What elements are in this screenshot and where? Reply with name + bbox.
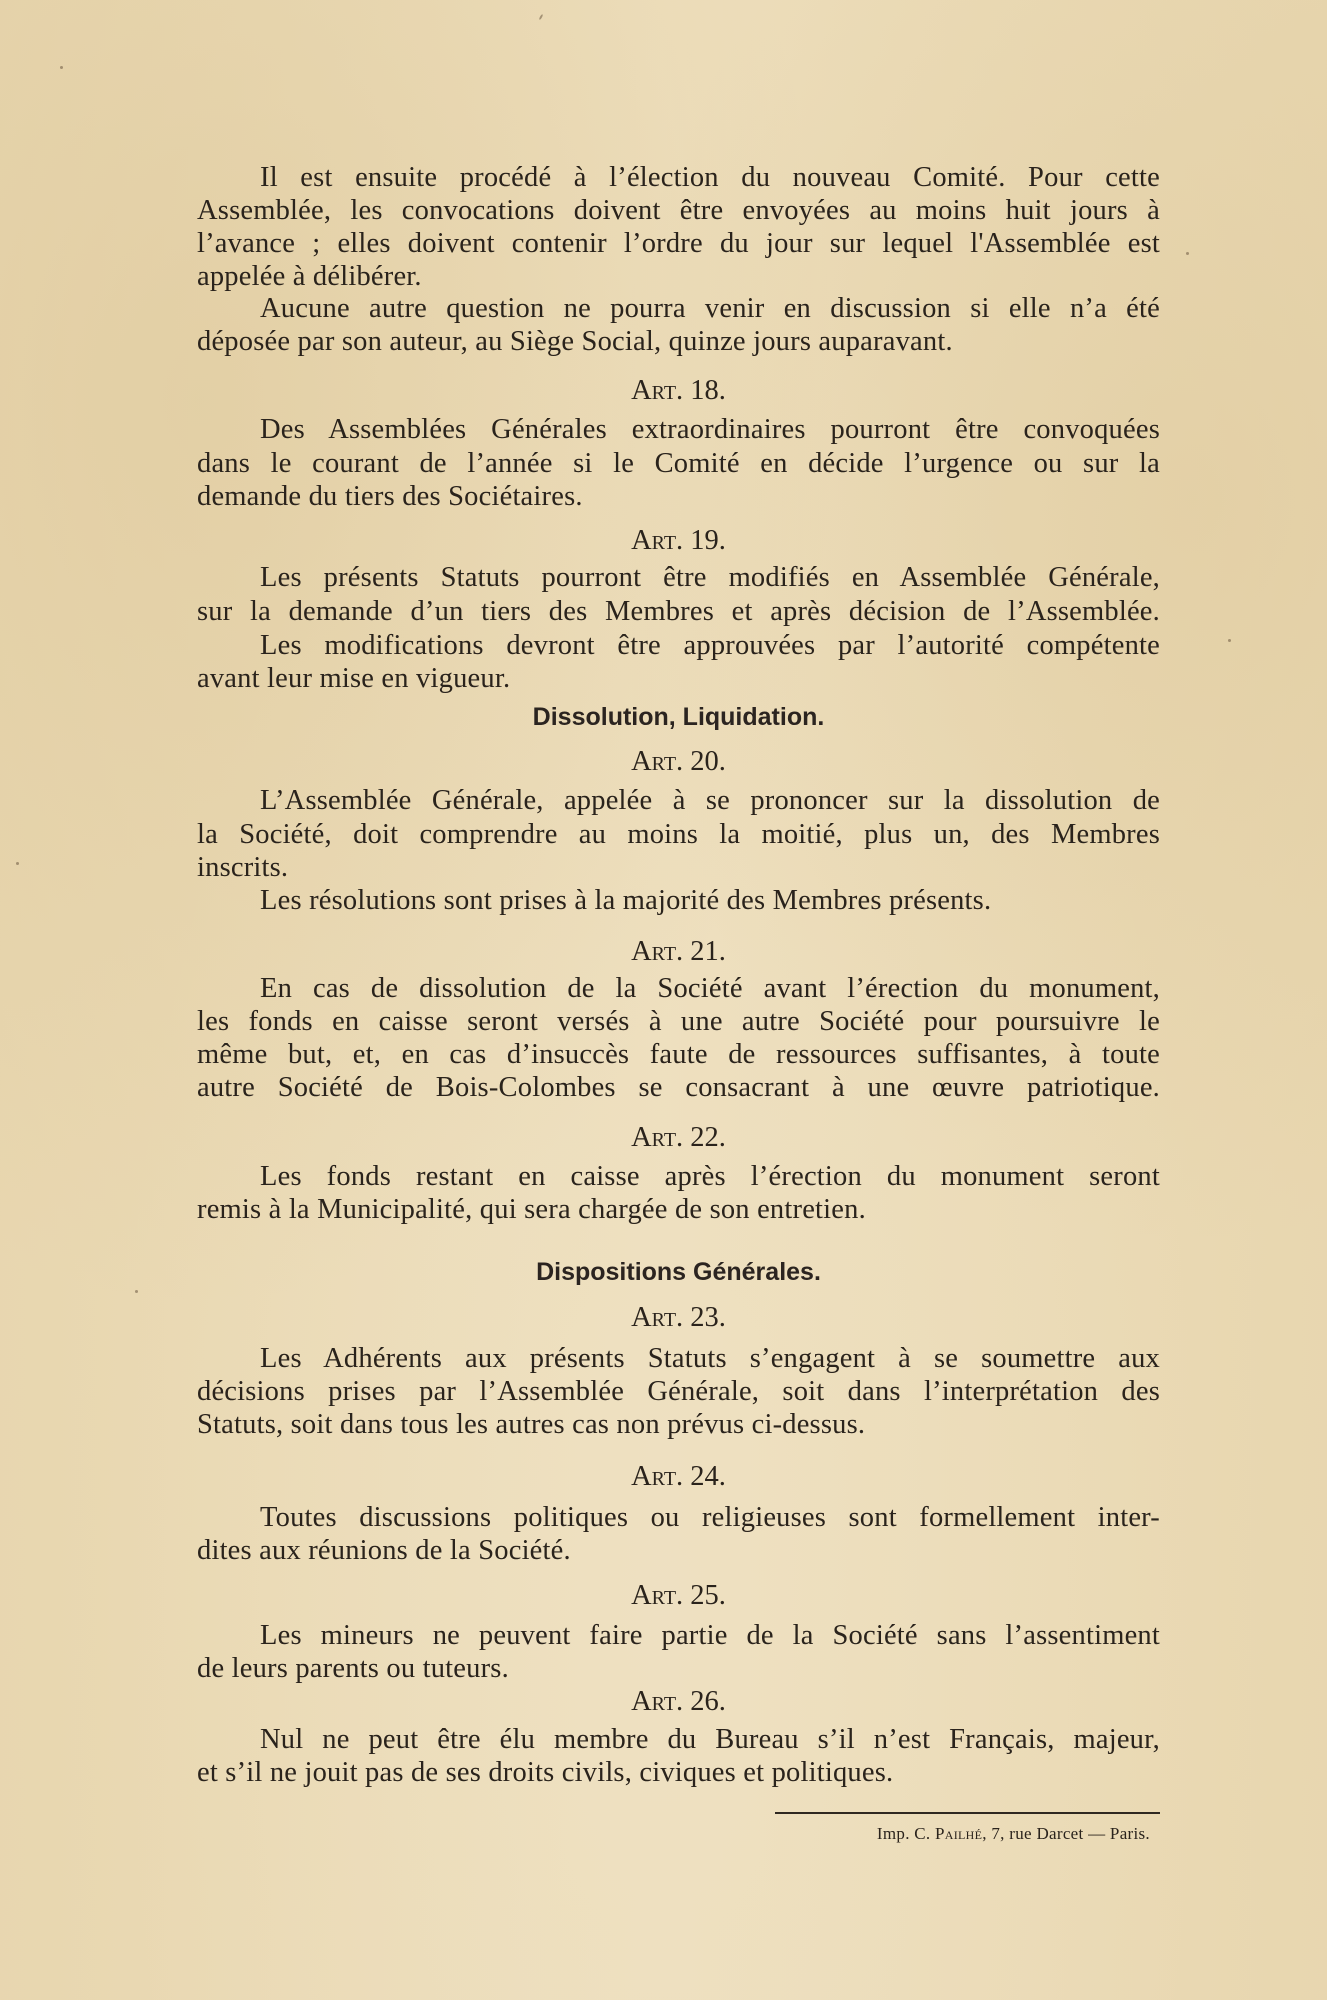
paragraph-line: Des Assemblées Générales extraordinaires… [260, 413, 1160, 447]
paper-speck [1186, 252, 1189, 255]
paragraph-line: Les fonds restant en caisse après l’érec… [260, 1160, 1160, 1194]
footer-rule [775, 1812, 1160, 1814]
section-heading-dispositions: Dispositions Générales. [197, 1255, 1160, 1289]
paper-speck [539, 14, 544, 20]
paragraph-line: dites aux réunions de la Société. [197, 1534, 1160, 1568]
paragraph-line: Aucune autre question ne pourra venir en… [260, 292, 1160, 326]
paragraph-line: la Société, doit comprendre au moins la … [197, 818, 1160, 852]
article-label-23: Art. 23. [197, 1301, 1160, 1335]
paragraph-line: de leurs parents ou tuteurs. [197, 1652, 1160, 1686]
document-page: Il est ensuite procédé à l’élection du n… [0, 0, 1327, 2000]
article-label-21: Art. 21. [197, 935, 1160, 969]
paragraph-line: et s’il ne jouit pas de ses droits civil… [197, 1756, 1160, 1790]
article-label-19: Art. 19. [197, 524, 1160, 558]
article-label-20: Art. 20. [197, 745, 1160, 779]
paragraph-line: Il est ensuite procédé à l’élection du n… [260, 161, 1160, 195]
paper-speck [1228, 639, 1231, 642]
paragraph-line: dans le courant de l’année si le Comité … [197, 447, 1160, 481]
imprint-address: , 7, rue Darcet — Paris. [982, 1824, 1150, 1843]
paragraph-line: Nul ne peut être élu membre du Bureau s’… [260, 1723, 1160, 1757]
article-label-26: Art. 26. [197, 1685, 1160, 1719]
paper-speck [60, 66, 63, 69]
paragraph-line: sur la demande d’un tiers des Membres et… [197, 595, 1160, 629]
section-heading-dissolution: Dissolution, Liquidation. [197, 700, 1160, 734]
article-label-18: Art. 18. [197, 374, 1160, 408]
paragraph-line: inscrits. [197, 851, 1160, 885]
paragraph-line: Toutes discussions politiques ou religie… [260, 1501, 1160, 1535]
paragraph-line: décisions prises par l’Assemblée Général… [197, 1375, 1160, 1409]
imprint-printer-name: Pailhé [935, 1824, 982, 1843]
printer-imprint: Imp. C. Pailhé, 7, rue Darcet — Paris. [775, 1822, 1150, 1846]
paragraph-line: autre Société de Bois-Colombes se consac… [197, 1071, 1160, 1105]
paragraph-line: Les résolutions sont prises à la majorit… [260, 884, 1160, 918]
paragraph-line: l’avance ; elles doivent contenir l’ordr… [197, 227, 1160, 261]
paragraph-line: appelée à délibérer. [197, 260, 1160, 294]
paragraph-line: demande du tiers des Sociétaires. [197, 480, 1160, 514]
paragraph-line: Assemblée, les convocations doivent être… [197, 194, 1160, 228]
paragraph-line: Les présents Statuts pourront être modif… [260, 561, 1160, 595]
paragraph-line: les fonds en caisse seront versés à une … [197, 1005, 1160, 1039]
paragraph-line: avant leur mise en vigueur. [197, 662, 1160, 696]
paragraph-line: remis à la Municipalité, qui sera chargé… [197, 1193, 1160, 1227]
article-label-25: Art. 25. [197, 1579, 1160, 1613]
article-label-24: Art. 24. [197, 1460, 1160, 1494]
imprint-prefix: Imp. C. [877, 1824, 935, 1843]
paper-speck [16, 862, 19, 865]
paragraph-line: Les mineurs ne peuvent faire partie de l… [260, 1619, 1160, 1653]
paragraph-line: même but, et, en cas d’insuccès faute de… [197, 1038, 1160, 1072]
paragraph-line: L’Assemblée Générale, appelée à se prono… [260, 784, 1160, 818]
article-label-22: Art. 22. [197, 1121, 1160, 1155]
paragraph-line: Statuts, soit dans tous les autres cas n… [197, 1408, 1160, 1442]
paragraph-line: En cas de dissolution de la Société avan… [260, 972, 1160, 1006]
paragraph-line: Les modifications devront être approuvée… [260, 629, 1160, 663]
paragraph-line: déposée par son auteur, au Siège Social,… [197, 325, 1160, 359]
paragraph-line: Les Adhérents aux présents Statuts s’eng… [260, 1342, 1160, 1376]
paper-speck [135, 1290, 138, 1293]
